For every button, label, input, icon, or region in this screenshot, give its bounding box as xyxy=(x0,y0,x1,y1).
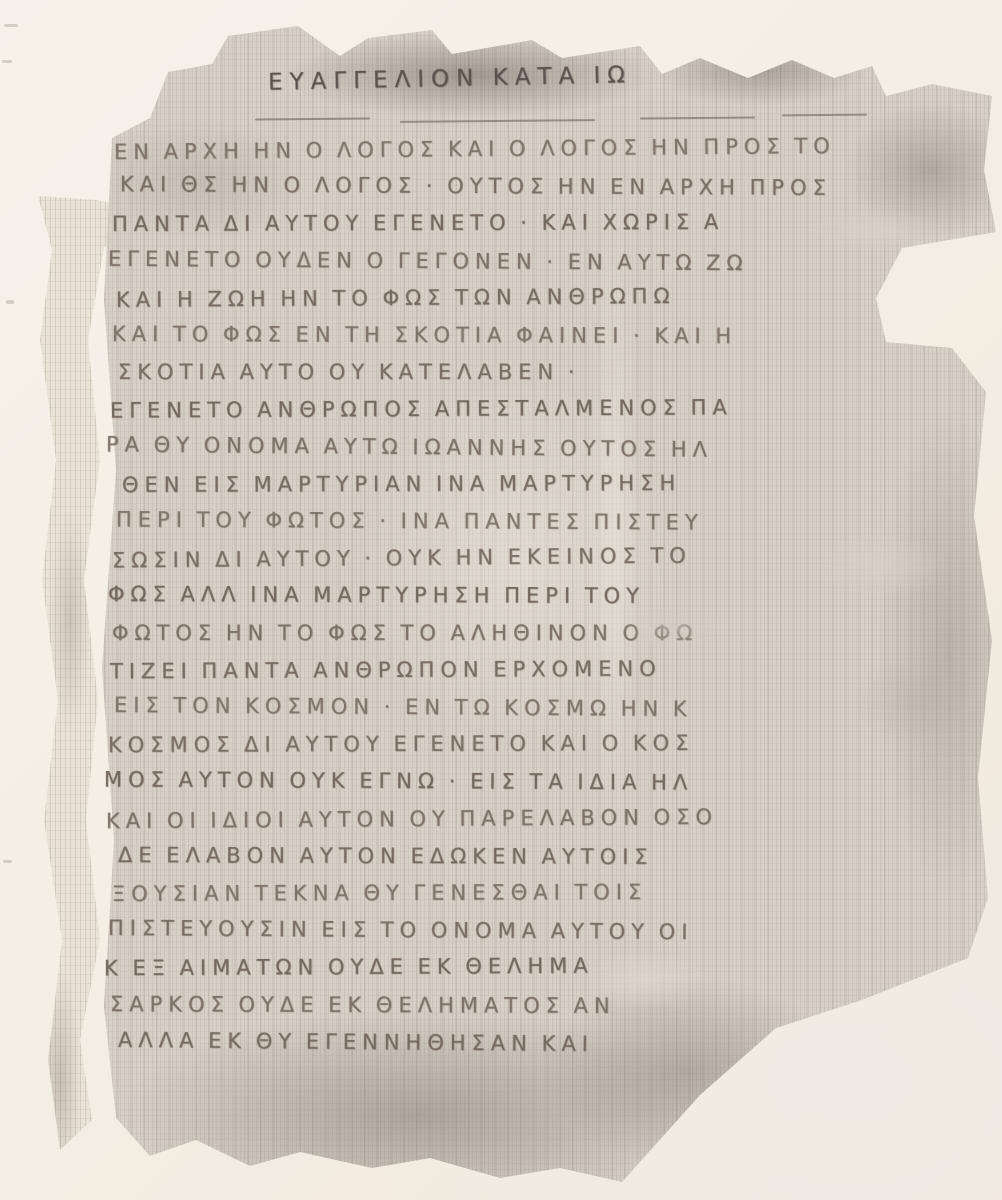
text-line-15: ΤΙΖΕΙ ΠΑΝΤΑ ΑΝΘΡΩΠΟΝ ΕΡΧΟΜΕΝΟ xyxy=(110,656,662,683)
text-line-10: ΘΕΝ ΕΙΣ ΜΑΡΤΥΡΙΑΝ ΙΝΑ ΜΑΡΤΥΡΗΣΗ xyxy=(122,471,681,497)
manuscript-text-block: ΕΝ ΑΡΧΗ ΗΝ Ο ΛΟΓΟΣ ΚΑΙ Ο ΛΟΓΟΣ ΗΝ ΠΡΟΣ Τ… xyxy=(0,0,1002,1200)
text-line-24: ΣΑΡΚΟΣ ΟΥΔΕ ΕΚ ΘΕΛΗΜΑΤΟΣ ΑΝ xyxy=(110,992,616,1018)
text-line-22: ΠΙΣΤΕΥΟΥΣΙΝ ΕΙΣ ΤΟ ΟΝΟΜΑ ΑΥΤΟΥ ΟΙ xyxy=(108,916,694,944)
text-line-7: ΣΚΟΤΙΑ ΑΥΤΟ ΟΥ ΚΑΤΕΛΑΒΕΝ · xyxy=(118,360,581,384)
text-line-12: ΣΩΣΙΝ ΔΙ ΑΥΤΟΥ · ΟΥΚ ΗΝ ΕΚΕΙΝΟΣ ΤΟ xyxy=(112,544,692,573)
text-line-14: ΦΩΤΟΣ ΗΝ ΤΟ ΦΩΣ ΤΟ ΑΛΗΘΙΝΟΝ Ο ΦΩ xyxy=(112,621,698,645)
text-line-19: ΚΑΙ ΟΙ ΙΔΙΟΙ ΑΥΤΟΝ ΟΥ ΠΑΡΕΛΑΒΟΝ ΟΣΟ xyxy=(106,804,718,832)
manuscript-photograph: ΕΥΑΓΓΕΛΙΟΝ ΚΑΤΑ ΙΩ ΕΝ ΑΡΧΗ ΗΝ Ο ΛΟΓΟΣ ΚΑ… xyxy=(0,0,1002,1200)
text-line-3: ΠΑΝΤΑ ΔΙ ΑΥΤΟΥ ΕΓΕΝΕΤΟ · ΚΑΙ ΧΩΡΙΣ Α xyxy=(112,210,724,236)
text-line-25: ΑΛΛΑ ΕΚ ΘΥ ΕΓΕΝΝΗΘΗΣΑΝ ΚΑΙ xyxy=(118,1028,594,1056)
text-line-2: ΚΑΙ ΘΣ ΗΝ Ο ΛΟΓΟΣ · ΟΥΤΟΣ ΗΝ ΕΝ ΑΡΧΗ ΠΡΟ… xyxy=(120,172,832,200)
text-line-1: ΕΝ ΑΡΧΗ ΗΝ Ο ΛΟΓΟΣ ΚΑΙ Ο ΛΟΓΟΣ ΗΝ ΠΡΟΣ Τ… xyxy=(114,134,836,164)
text-line-8: ΕΓΕΝΕΤΟ ΑΝΘΡΩΠΟΣ ΑΠΕΣΤΑΛΜΕΝΟΣ ΠΑ xyxy=(110,396,733,423)
text-line-18: ΜΟΣ ΑΥΤΟΝ ΟΥΚ ΕΓΝΩ · ΕΙΣ ΤΑ ΙΔΙΑ ΗΛ xyxy=(104,768,693,795)
text-line-23: Κ ΕΞ ΑΙΜΑΤΩΝ ΟΥΔΕ ΕΚ ΘΕΛΗΜΑ xyxy=(104,954,594,981)
text-line-5: ΚΑΙ Η ΖΩΗ ΗΝ ΤΟ ΦΩΣ ΤΩΝ ΑΝΘΡΩΠΩ xyxy=(116,284,676,312)
text-line-20: ΔΕ ΕΛΑΒΟΝ ΑΥΤΟΝ ΕΔΩΚΕΝ ΑΥΤΟΙΣ xyxy=(118,843,654,869)
text-line-9: ΡΑ ΘΥ ΟΝΟΜΑ ΑΥΤΩ ΙΩΑΝΝΗΣ ΟΥΤΟΣ ΗΛ xyxy=(106,432,713,461)
text-line-17: ΚΟΣΜΟΣ ΔΙ ΑΥΤΟΥ ΕΓΕΝΕΤΟ ΚΑΙ Ο ΚΟΣ xyxy=(108,731,695,757)
text-line-13: ΦΩΣ ΑΛΛ ΙΝΑ ΜΑΡΤΥΡΗΣΗ ΠΕΡΙ ΤΟΥ xyxy=(108,582,645,608)
text-line-16: ΕΙΣ ΤΟΝ ΚΟΣΜΟΝ · ΕΝ ΤΩ ΚΟΣΜΩ ΗΝ Κ xyxy=(114,693,693,721)
text-line-11: ΠΕΡΙ ΤΟΥ ΦΩΤΟΣ · ΙΝΑ ΠΑΝΤΕΣ ΠΙΣΤΕΥ xyxy=(116,507,704,534)
text-line-6: ΚΑΙ ΤΟ ΦΩΣ ΕΝ ΤΗ ΣΚΟΤΙΑ ΦΑΙΝΕΙ · ΚΑΙ Η xyxy=(112,322,737,348)
text-line-4: ΕΓΕΝΕΤΟ ΟΥΔΕΝ Ο ΓΕΓΟΝΕΝ · ΕΝ ΑΥΤΩ ΖΩ xyxy=(108,246,749,274)
text-line-21: ΞΟΥΣΙΑΝ ΤΕΚΝΑ ΘΥ ΓΕΝΕΣΘΑΙ ΤΟΙΣ xyxy=(112,880,647,906)
